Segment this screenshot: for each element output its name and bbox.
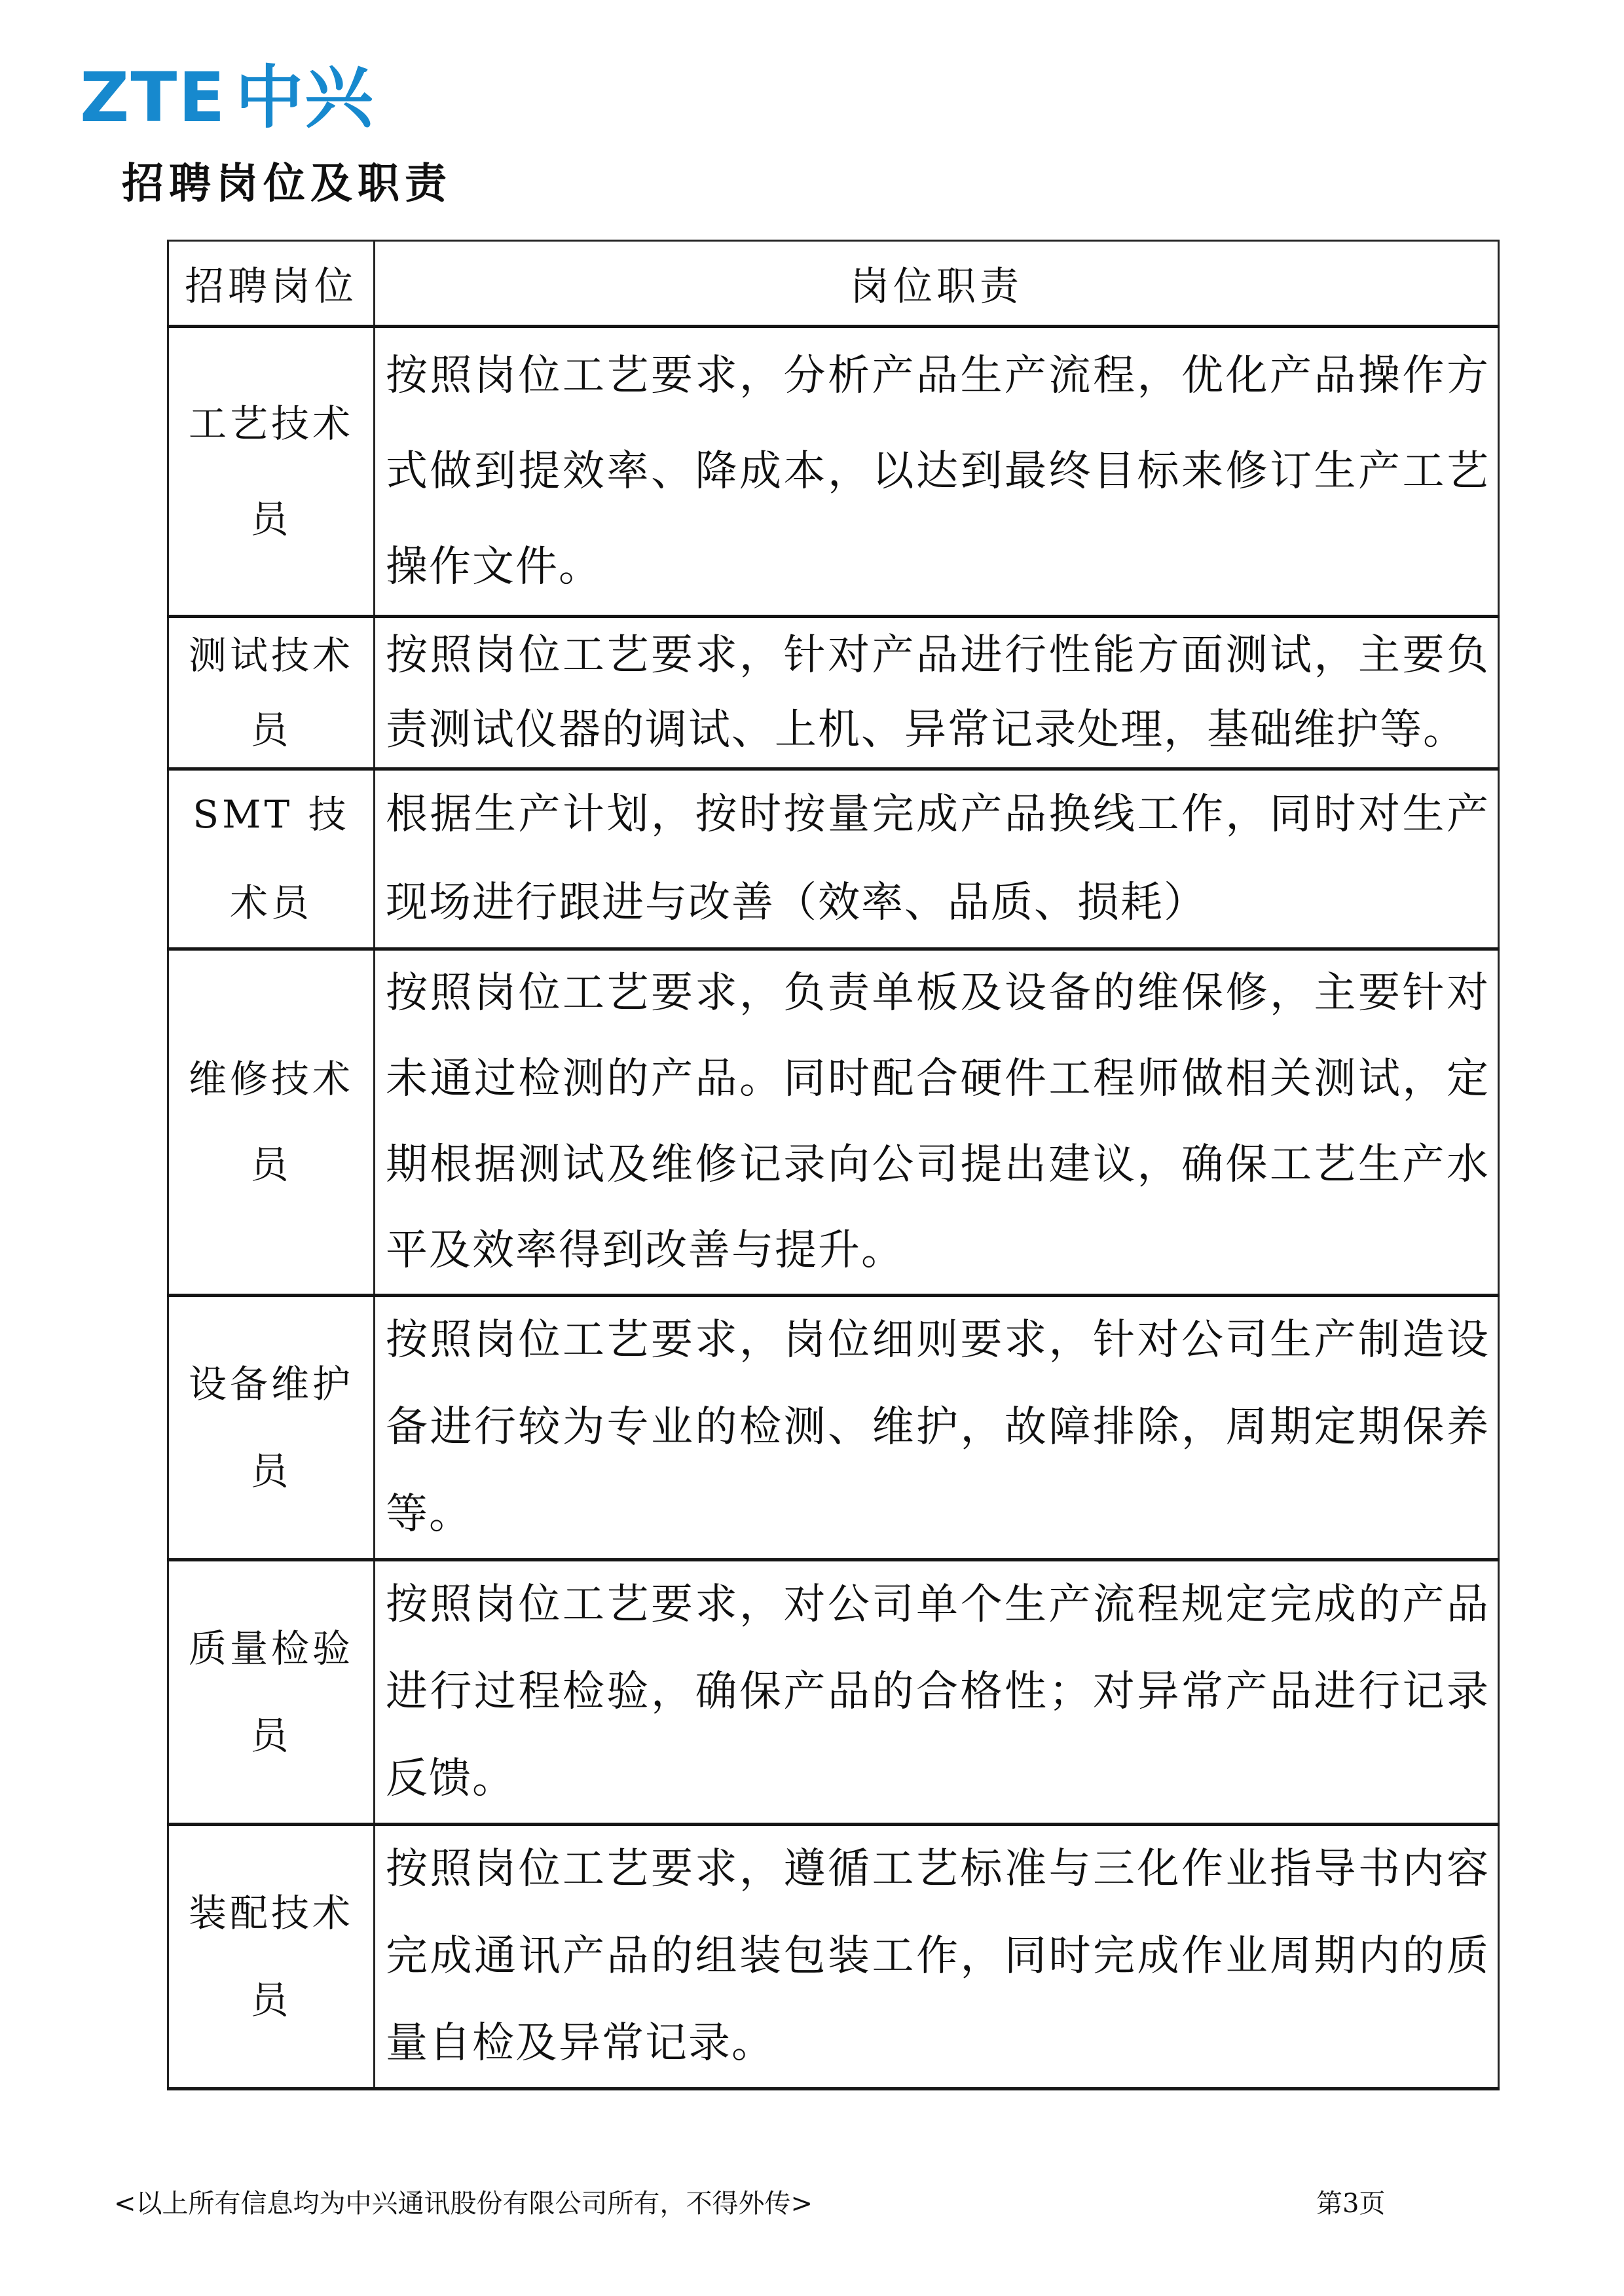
duty-cell: 按照岗位工艺要求，遵循工艺标准与三化作业指导书内容完成通讯产品的组装包装工作，同… <box>375 1825 1499 2089</box>
position-cell: 装配技术员 <box>168 1825 375 2089</box>
table-row: 工艺技术员按照岗位工艺要求，分析产品生产流程，优化产品操作方式做到提效率、降成本… <box>168 327 1499 617</box>
table-row: 质量检验员按照岗位工艺要求，对公司单个生产流程规定完成的产品进行过程检验，确保产… <box>168 1560 1499 1825</box>
zte-logo: ZTE中兴 <box>80 55 374 140</box>
duty-cell: 按照岗位工艺要求，岗位细则要求，针对公司生产制造设备进行较为专业的检测、维护，故… <box>375 1296 1499 1560</box>
position-cell: SMT 技术员 <box>168 769 375 949</box>
page-footer: <以上所有信息均为中兴通讯股份有限公司所有，不得外传> 第3页 <box>0 2187 1624 2226</box>
table-header-row: 招聘岗位 岗位职责 <box>168 241 1499 327</box>
zte-logo-latin: ZTE <box>80 58 226 137</box>
position-cell: 测试技术员 <box>168 617 375 769</box>
position-cell: 设备维护员 <box>168 1296 375 1560</box>
duty-cell: 按照岗位工艺要求，针对产品进行性能方面测试，主要负责测试仪器的调试、上机、异常记… <box>375 617 1499 769</box>
table-row: 维修技术员按照岗位工艺要求，负责单板及设备的维保修，主要针对未通过检测的产品。同… <box>168 949 1499 1296</box>
position-cell: 质量检验员 <box>168 1560 375 1825</box>
table-row: 装配技术员按照岗位工艺要求，遵循工艺标准与三化作业指导书内容完成通讯产品的组装包… <box>168 1825 1499 2089</box>
duty-cell: 根据生产计划，按时按量完成产品换线工作，同时对生产现场进行跟进与改善（效率、品质… <box>375 769 1499 949</box>
page-number: 第3页 <box>1316 2187 1385 2221</box>
table-row: SMT 技术员根据生产计划，按时按量完成产品换线工作，同时对生产现场进行跟进与改… <box>168 769 1499 949</box>
zte-logo-chinese: 中兴 <box>235 58 374 137</box>
position-cell: 工艺技术员 <box>168 327 375 617</box>
duty-cell: 按照岗位工艺要求，对公司单个生产流程规定完成的产品进行过程检验，确保产品的合格性… <box>375 1560 1499 1825</box>
table-row: 测试技术员按照岗位工艺要求，针对产品进行性能方面测试，主要负责测试仪器的调试、上… <box>168 617 1499 769</box>
positions-table: 招聘岗位 岗位职责 工艺技术员按照岗位工艺要求，分析产品生产流程，优化产品操作方… <box>167 240 1500 2090</box>
column-header-duty: 岗位职责 <box>375 241 1499 327</box>
page-title: 招聘岗位及职责 <box>122 161 452 207</box>
duty-cell: 按照岗位工艺要求，分析产品生产流程，优化产品操作方式做到提效率、降成本，以达到最… <box>375 327 1499 617</box>
column-header-position: 招聘岗位 <box>168 241 375 327</box>
confidentiality-notice: <以上所有信息均为中兴通讯股份有限公司所有，不得外传> <box>114 2187 813 2221</box>
duty-cell: 按照岗位工艺要求，负责单板及设备的维保修，主要针对未通过检测的产品。同时配合硬件… <box>375 949 1499 1296</box>
document-page: ZTE中兴 招聘岗位及职责 招聘岗位 岗位职责 工艺技术员按照岗位工艺要求，分析… <box>0 0 1624 2296</box>
table-row: 设备维护员按照岗位工艺要求，岗位细则要求，针对公司生产制造设备进行较为专业的检测… <box>168 1296 1499 1560</box>
position-cell: 维修技术员 <box>168 949 375 1296</box>
